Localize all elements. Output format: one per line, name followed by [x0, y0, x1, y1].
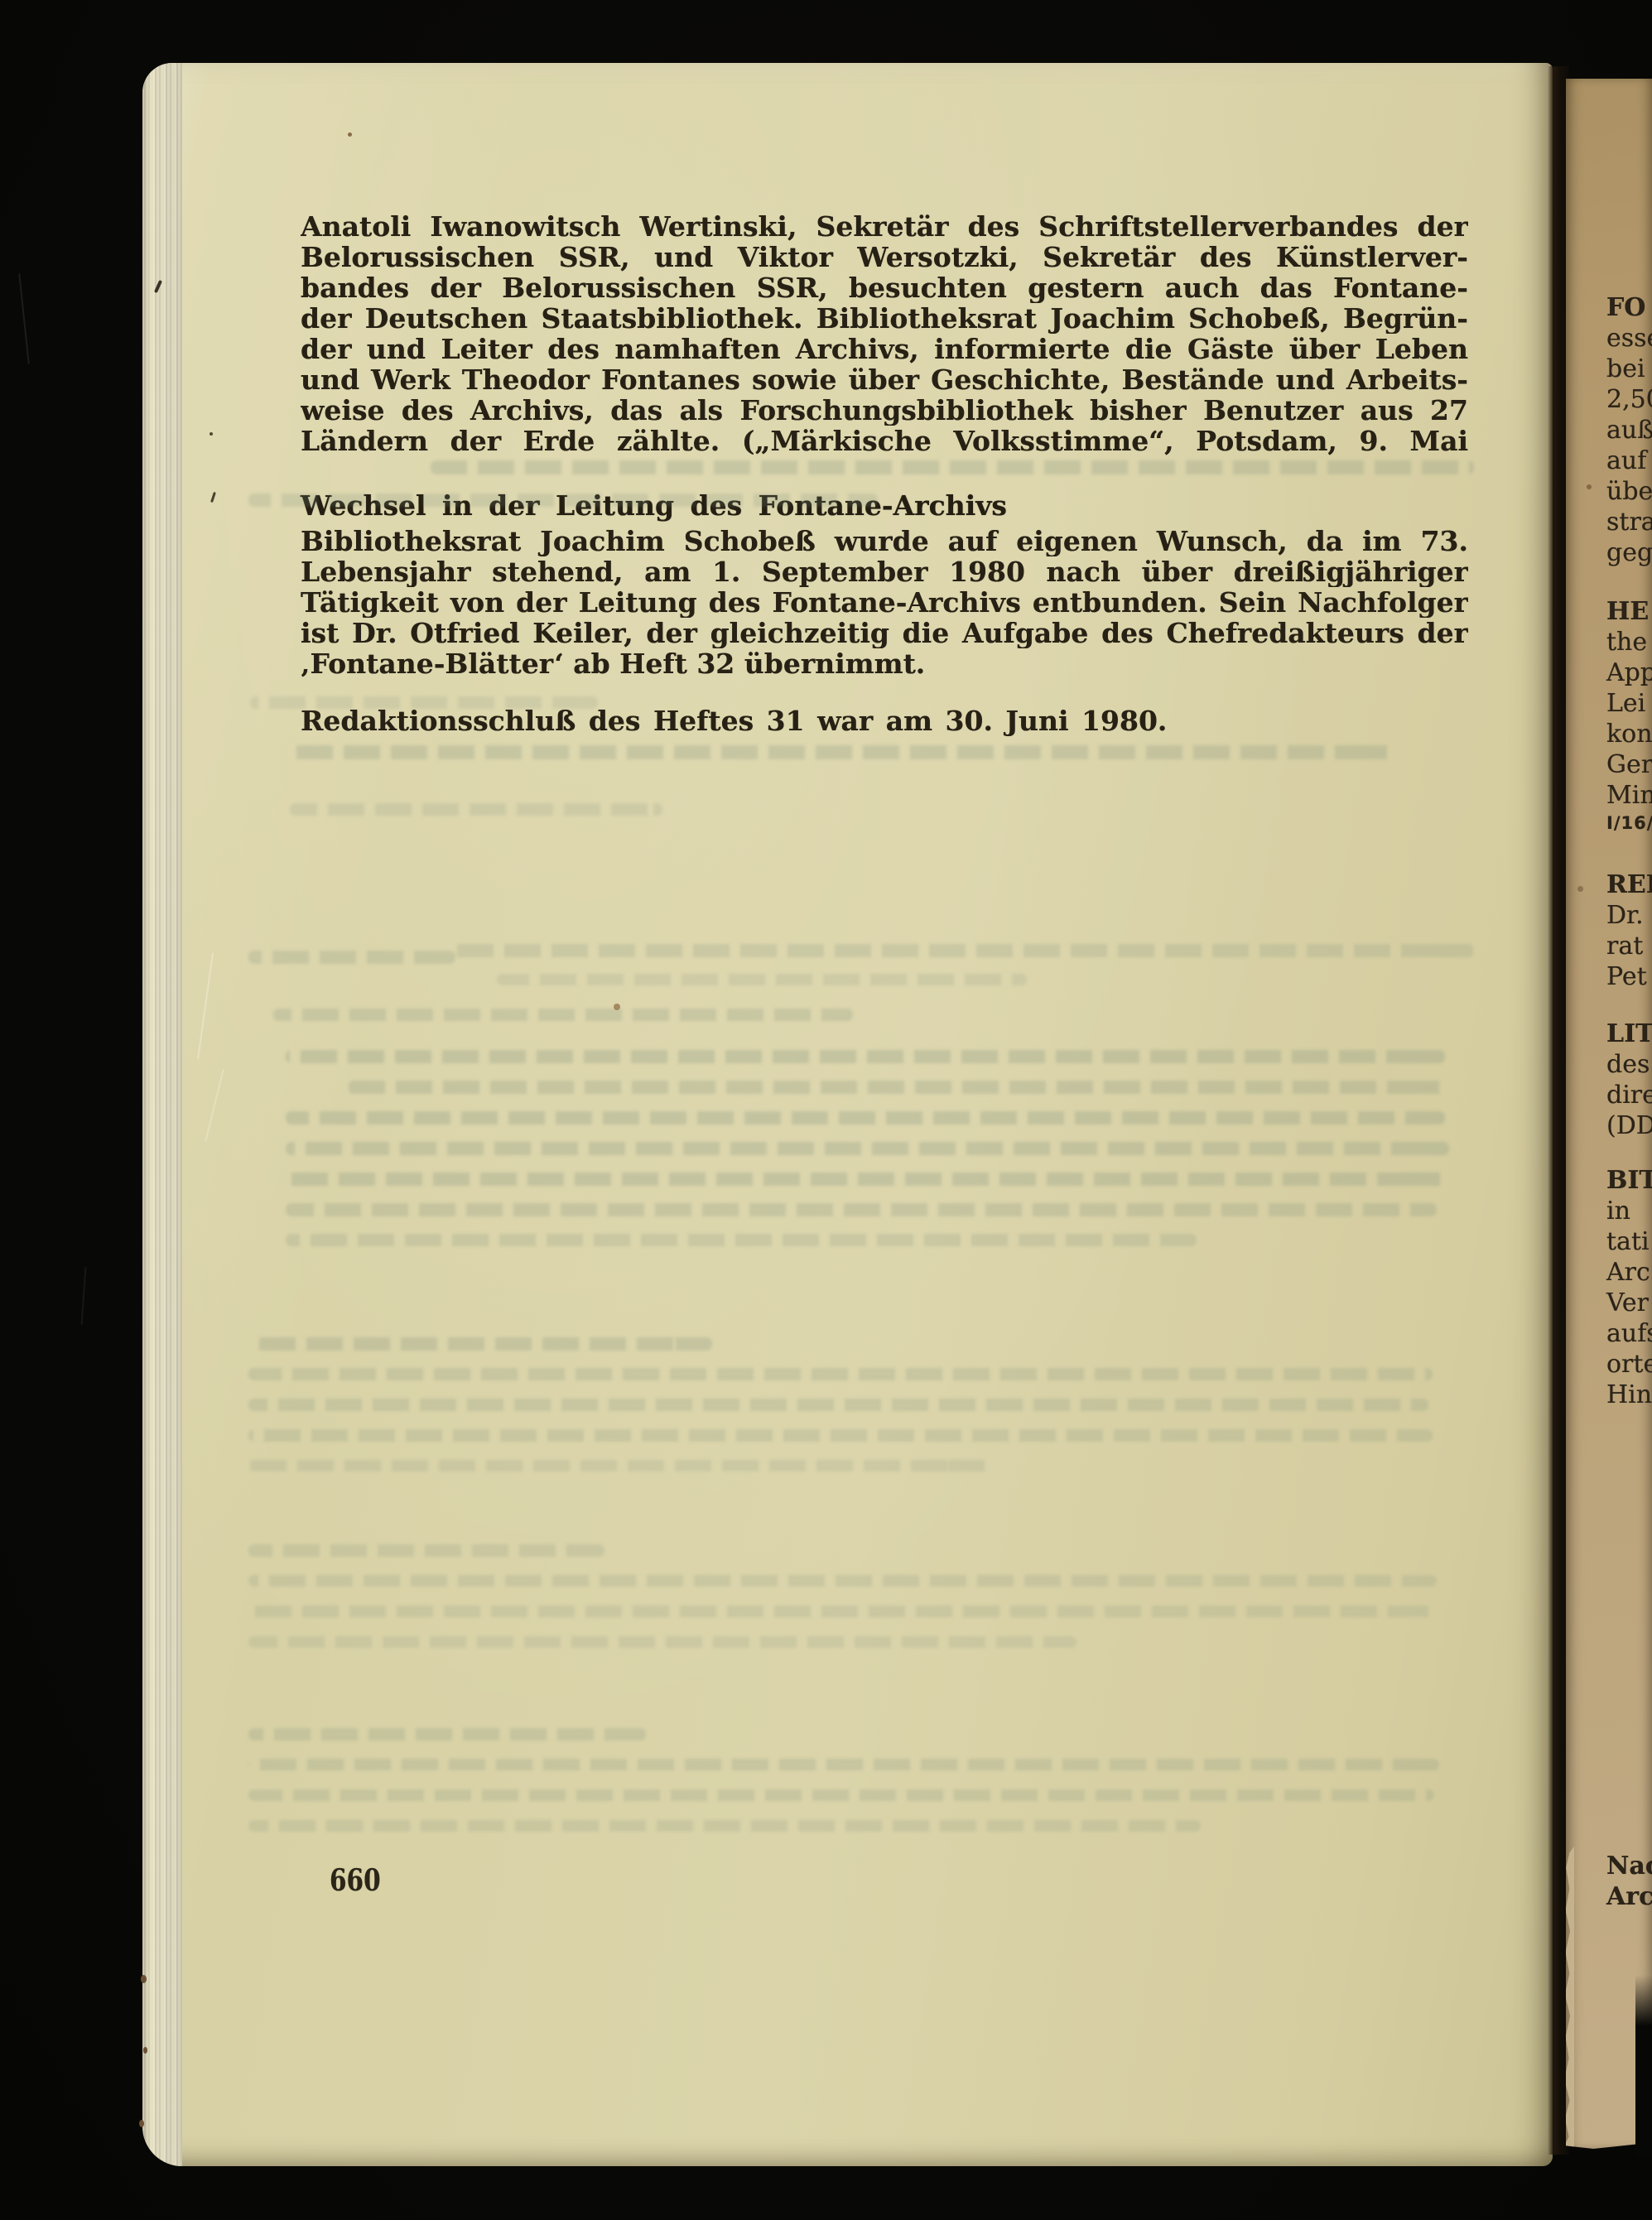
ghost-text-line [248, 951, 455, 964]
text-line: Min [1606, 780, 1652, 811]
text-line: Bibliotheksrat Joachim Schobeß wurde auf… [301, 526, 1468, 556]
ghost-text-line [286, 1203, 1437, 1216]
ghost-text-line [248, 1759, 1439, 1770]
text-line: Ver [1606, 1288, 1652, 1318]
ghost-text-line [447, 944, 1474, 957]
text-line: stra [1606, 507, 1652, 537]
text-line: geg [1606, 537, 1652, 568]
text-line: Lei [1606, 688, 1652, 719]
ghost-text-line [286, 1111, 1445, 1124]
ghost-text-line [290, 803, 662, 816]
text-line: tati [1606, 1226, 1652, 1257]
right-column-block: NachArch [1606, 1851, 1652, 1912]
text-line: Arch [1606, 1881, 1652, 1912]
page-number: 660 [330, 1863, 381, 1898]
text-line: ist Dr. Otfried Keiler, der gleichzeitig… [301, 618, 1468, 648]
text-line: Nach [1606, 1851, 1652, 1881]
text-line: Lebensjahr stehend, am 1. September 1980… [301, 556, 1468, 587]
closing-note: Redaktionsschluß des Heftes 31 war am 30… [301, 705, 1468, 738]
right-column-block: LITdesdire(DD [1606, 1019, 1652, 1141]
paragraph-1: Anatoli Iwanowitsch Wertinski, Sekretär … [301, 211, 1468, 456]
text-line: auß [1606, 415, 1652, 445]
text-line: bandes der Belorussischen SSR, besuchten… [301, 272, 1468, 303]
text-line: I/16/ [1606, 811, 1652, 838]
ghost-text-line [248, 1728, 646, 1741]
text-line: HE [1606, 596, 1652, 627]
ghost-text-line [248, 1460, 994, 1471]
text-line: Ländern der Erde zählte. („Märkische Vol… [301, 426, 1468, 456]
text-line: ‚Fontane-Blätter‘ ab Heft 32 übernimmt. [301, 648, 1468, 679]
ghost-text-line [286, 1142, 1449, 1155]
ghost-text-line [248, 1820, 1201, 1832]
text-line: BIT [1606, 1165, 1652, 1196]
text-line: App [1606, 657, 1652, 688]
left-page: Anatoli Iwanowitsch Wertinski, Sekretär … [142, 63, 1553, 2166]
text-line: des [1606, 1049, 1652, 1080]
dust-speck [81, 1267, 87, 1325]
ghost-text-line [248, 1368, 1433, 1380]
ghost-text-line [286, 1050, 1445, 1063]
ghost-text-line [248, 1575, 1437, 1587]
text-line: Hin [1606, 1380, 1652, 1410]
text-line: the [1606, 627, 1652, 657]
ghost-text-line [248, 1789, 1434, 1801]
text-line: Arc [1606, 1257, 1652, 1288]
text-line: der Deutschen Staatsbibliothek. Biblioth… [301, 303, 1468, 334]
text-line: 2,50 [1606, 384, 1652, 415]
ghost-text-line [248, 1399, 1428, 1411]
text-line: Pet [1606, 961, 1652, 992]
text-line: auf [1606, 445, 1652, 476]
right-column-block: BITintatiArcVeraufsorteHin [1606, 1165, 1652, 1410]
right-column-block: FOessebei2,50außaufübestrageg [1606, 292, 1652, 568]
text-line: FO [1606, 292, 1652, 323]
text-line: kon [1606, 719, 1652, 749]
text-line: rat [1606, 931, 1652, 961]
ghost-text-line [248, 1636, 1076, 1648]
text-line: bei [1606, 354, 1652, 384]
right-column-block: HEtheAppLeikonGerMinI/16/ [1606, 596, 1652, 838]
text-line: Belorussischen SSR, und Viktor Wersotzki… [301, 242, 1468, 272]
text-line: LIT [1606, 1019, 1652, 1049]
text-line: Ger [1606, 749, 1652, 780]
ghost-text-line [431, 460, 1474, 474]
text-line: übe [1606, 476, 1652, 507]
book-scan: Anatoli Iwanowitsch Wertinski, Sekretär … [0, 0, 1652, 2220]
ghost-text-line [248, 1544, 604, 1557]
ghost-text-line [286, 1173, 1445, 1186]
ghost-text-line [248, 1429, 1433, 1442]
ghost-text-line [348, 1081, 1449, 1094]
text-line: Tätigkeit von der Leitung des Fontane-Ar… [301, 587, 1468, 618]
text-line: weise des Archivs, das als Forschungsbib… [301, 395, 1468, 426]
right-column-block: REDDr.ratPet [1606, 869, 1652, 992]
ghost-text-line [248, 1337, 712, 1351]
paragraph-2: Bibliotheksrat Joachim Schobeß wurde auf… [301, 526, 1468, 679]
text-line: aufs [1606, 1318, 1652, 1349]
dust-speck [18, 273, 29, 364]
page-corner-shadow [1635, 1975, 1652, 2157]
page-edge-stack [142, 63, 182, 2166]
ghost-text-line [291, 745, 1393, 759]
ghost-text-line [286, 1234, 1197, 1246]
text-line: und Werk Theodor Fontanes sowie über Ges… [301, 364, 1468, 395]
text-line: (DD [1606, 1110, 1652, 1141]
text-line: RED [1606, 869, 1652, 900]
text-line: Anatoli Iwanowitsch Wertinski, Sekretär … [301, 211, 1468, 242]
right-page-fragment: FOessebei2,50außaufübestrageg HEtheAppLe… [1566, 79, 1652, 2149]
text-line: dire [1606, 1080, 1652, 1110]
ghost-text-line [248, 1606, 1433, 1617]
text-line: Dr. [1606, 900, 1652, 931]
text-line: der und Leiter des namhaften Archivs, in… [301, 334, 1468, 364]
ghost-text-line [497, 974, 1027, 985]
text-line: in [1606, 1196, 1652, 1226]
text-line: orte [1606, 1349, 1652, 1380]
section-heading: Wechsel in der Leitung des Fontane-Archi… [301, 489, 1468, 522]
text-line: esse [1606, 323, 1652, 354]
ghost-text-line [273, 1009, 853, 1021]
